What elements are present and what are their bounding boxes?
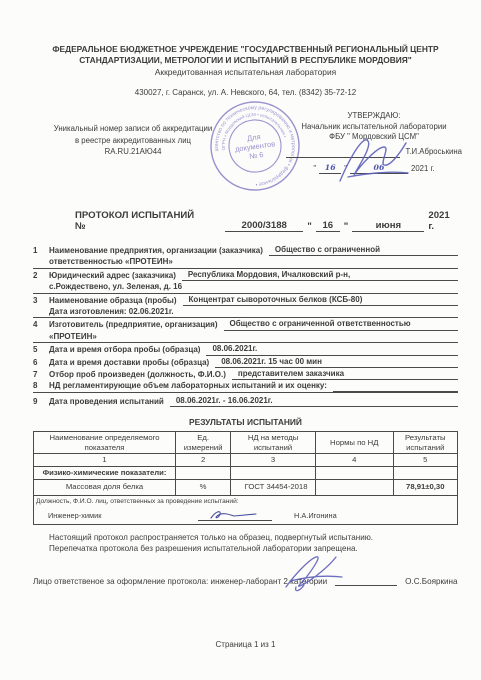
item-value: 08.06.2021г. 15 час 00 мин (215, 356, 458, 368)
approve-year: 2021 г. (411, 164, 435, 175)
indicator-result: 78,91±0,30 (393, 479, 457, 495)
responsible-label: Должность, Ф.И.О. лиц, ответственных за … (36, 497, 457, 506)
item-row-1-line2: ответственностью «ПРОТЕИН» (33, 256, 458, 268)
note-line1: Настоящий протокол распространяется толь… (49, 532, 458, 544)
registrar-row: Лицо ответственое за оформление протокол… (33, 577, 458, 586)
protocol-year: 2021 г. (428, 210, 458, 232)
accreditation-block: Уникальный номер записи об аккредитации … (33, 123, 233, 158)
item-label: Дата и время доставки пробы (образца) (49, 357, 215, 368)
page-number: Страница 1 из 1 (33, 640, 458, 649)
results-footer-row: Должность, Ф.И.О. лиц, ответственных за … (34, 495, 458, 524)
notes-block: Настоящий протокол распространяется толь… (33, 532, 458, 555)
empty-cell (315, 467, 393, 480)
registrar-signature (280, 551, 350, 593)
item-value: Концентрат сывороточных белков (КСБ-80) (183, 294, 458, 306)
item-number: 7 (33, 369, 49, 380)
protocol-items: 1 Наименование предприятия, организации … (33, 244, 458, 407)
indicator-norm (315, 479, 393, 495)
item-number: 3 (33, 295, 49, 306)
item-value-extension (352, 280, 458, 281)
results-title: РЕЗУЛЬТАТЫ ИСПЫТАНИЙ (33, 417, 458, 427)
item-row-8: 8 НД регламентирующие объем лабораторных… (33, 380, 458, 391)
item-label: Дата проведения испытаний (49, 396, 170, 407)
col-header-indicator: Наименование определяемого показателя (34, 432, 176, 454)
item-number: 6 (33, 357, 49, 368)
org-subtitle: Аккредитованная испытательная лаборатори… (33, 67, 458, 78)
empty-cell (231, 467, 316, 480)
item-value (333, 391, 458, 392)
approval-zone: Уникальный номер записи об аккредитации … (33, 111, 458, 193)
org-address: 430027, г. Саранск, ул. А. Невского, 64,… (33, 88, 458, 97)
protocol-title: ПРОТОКОЛ ИСПЫТАНИЙ № (75, 210, 207, 232)
item-label: Дата и время отбора пробы (образца) (49, 344, 206, 355)
protocol-day: 16 (316, 220, 340, 232)
item-value: 08.06.2021г. (206, 343, 458, 355)
protocol-number: 2000/3188 (225, 220, 303, 232)
empty-cell (393, 467, 457, 480)
approve-name: Т.И.Аброськина (405, 147, 462, 158)
item-label: Наименование образца (пробы) (49, 295, 183, 306)
item-label: Изготовитель (предприятие, организация) (49, 319, 224, 330)
item-row-1: 1 Наименование предприятия, организации … (33, 244, 458, 256)
item-value: представителем заказчика (232, 368, 458, 380)
results-table: Наименование определяемого показателя Ед… (33, 431, 458, 524)
indicator-name: Массовая доля белка (34, 479, 176, 495)
item-value: Общество с ограниченной (269, 244, 458, 256)
registrar-signature-line (335, 585, 397, 586)
stamp-center-line3: № 6 (249, 150, 264, 161)
responsible-name: Н.А.Игонина (294, 511, 337, 521)
indicator-method: ГОСТ 34454-2018 (231, 479, 316, 495)
results-colnum-row: 1 2 3 4 5 (34, 454, 458, 467)
item-label: Отбор проб произведен (должность, Ф.И.О.… (49, 369, 232, 380)
quote-close: " (344, 221, 349, 232)
scanned-document-page: ФЕДЕРАЛЬНОЕ БЮДЖЕТНОЕ УЧРЕЖДЕНИЕ "ГОСУДА… (0, 0, 481, 680)
col-number: 2 (176, 454, 231, 467)
col-header-result: Результаты испытаний (393, 432, 457, 454)
accreditation-number: RA.RU.21АЮ44 (33, 146, 233, 158)
item-row-5: 5 Дата и время отбора пробы (образца) 08… (33, 343, 458, 355)
item-number: 8 (33, 380, 49, 391)
item-label: НД регламентирующие объем лабораторных и… (49, 380, 333, 391)
item-number: 2 (33, 270, 49, 281)
approve-month-handwritten: 06 (350, 163, 408, 175)
org-name-line1: ФЕДЕРАЛЬНОЕ БЮДЖЕТНОЕ УЧРЕЖДЕНИЕ "ГОСУДА… (33, 44, 458, 55)
approve-block: УТВЕРЖДАЮ: Начальник испытательной лабор… (286, 111, 462, 174)
approve-line1: Начальник испытательной лаборатории (286, 122, 462, 133)
approve-signature-row: Т.И.Аброськина (286, 147, 462, 158)
registrar-label: Лицо ответственое за оформление протокол… (33, 577, 327, 586)
approve-signature-line (286, 147, 400, 158)
col-number: 5 (393, 454, 457, 467)
item-row-4-line2: «ПРОТЕИН» (33, 331, 458, 343)
quote-open: " (307, 221, 312, 232)
item-number: 4 (33, 319, 49, 330)
section-title: Физико-химические показатели: (34, 467, 176, 480)
table-row: Массовая доля белка % ГОСТ 34454-2018 78… (34, 479, 458, 495)
item-label: Юридический адрес (заказчика) (49, 270, 182, 281)
responsible-signature-line (198, 520, 272, 521)
item-number: 1 (33, 245, 49, 256)
col-header-unit: Ед. измерений (176, 432, 231, 454)
col-header-method: НД на методы испытаний (231, 432, 316, 454)
col-header-norm: Нормы по НД (315, 432, 393, 454)
item-row-3-line2: Дата изготовления: 02.06.2021г. (33, 306, 458, 318)
accreditation-line2: в реестре аккредитованных лиц (33, 135, 233, 147)
item-row-9: 9 Дата проведения испытаний 08.06.2021г.… (33, 395, 458, 407)
col-number: 4 (315, 454, 393, 467)
results-section-row: Физико-химические показатели: (34, 467, 458, 480)
item-value: Республика Мордовия, Ичалковский р-н, (182, 269, 352, 281)
item-number: 5 (33, 344, 49, 355)
org-name-line2: СТАНДАРТИЗАЦИИ, МЕТРОЛОГИИ И ИСПЫТАНИЙ В… (33, 55, 458, 66)
indicator-unit: % (176, 479, 231, 495)
approve-title: УТВЕРЖДАЮ: (286, 111, 462, 122)
results-header-row: Наименование определяемого показателя Ед… (34, 432, 458, 454)
quote-open: " (313, 164, 316, 175)
item-row-8-line2 (33, 392, 458, 393)
item-row-2-line2: с.Рождествено, ул. Зеленая, д. 16 (33, 281, 458, 293)
approve-line2: ФБУ " Мордовский ЦСМ" (286, 132, 462, 143)
registrar-name: О.С.Бояркина (405, 577, 457, 586)
approve-date-row: " 16 " 06 2021 г. (286, 163, 462, 175)
note-line2: Перепечатка протокола без разрешения исп… (49, 543, 458, 555)
item-value: Общество с ограниченной ответственностью (224, 318, 458, 330)
item-row-4: 4 Изготовитель (предприятие, организация… (33, 318, 458, 330)
item-row-2: 2 Юридический адрес (заказчика) Республи… (33, 269, 458, 281)
col-number: 1 (34, 454, 176, 467)
col-number: 3 (231, 454, 316, 467)
protocol-title-row: ПРОТОКОЛ ИСПЫТАНИЙ № 2000/3188 " 16 " ию… (33, 210, 458, 232)
item-number: 9 (33, 396, 49, 407)
empty-cell (176, 467, 231, 480)
document-content: ФЕДЕРАЛЬНОЕ БЮДЖЕТНОЕ УЧРЕЖДЕНИЕ "ГОСУДА… (33, 0, 458, 586)
approve-day-handwritten: 16 (319, 163, 341, 175)
item-row-3: 3 Наименование образца (пробы) Концентра… (33, 294, 458, 306)
item-value: 08.06.2021г. - 16.06.2021г. (170, 395, 458, 407)
chemist-signature (208, 508, 260, 522)
accreditation-line1: Уникальный номер записи об аккредитации (33, 123, 233, 135)
quote-close: " (344, 164, 347, 175)
item-row-6: 6 Дата и время доставки пробы (образца) … (33, 356, 458, 368)
protocol-month: июня (352, 220, 424, 232)
item-row-7: 7 Отбор проб произведен (должность, Ф.И.… (33, 368, 458, 380)
item-label: Наименование предприятия, организации (з… (49, 245, 269, 256)
responsible-signature-row: Инженер-химик Н.А.Игонина (36, 508, 457, 521)
responsible-cell: Должность, Ф.И.О. лиц, ответственных за … (34, 495, 458, 524)
responsible-position: Инженер-химик (36, 511, 198, 521)
